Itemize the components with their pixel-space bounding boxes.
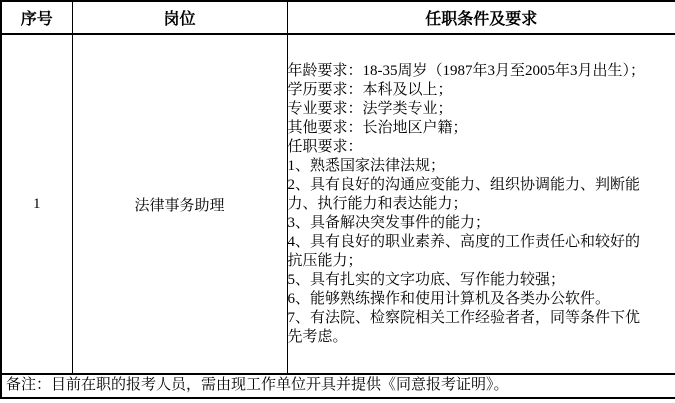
requirement-item: 1、熟悉国家法律法规； [288, 157, 650, 176]
requirement-item: 5、具有扎实的文字功底、写作能力较强； [288, 271, 650, 290]
note-row: 备注：目前在职的报考人员，需由现工作单位开具并提供《同意报考证明》。 [1, 374, 675, 398]
recruitment-table: 序号 岗位 任职条件及要求 1 法律事务助理 年龄要求：18-35周岁（1987… [0, 0, 675, 399]
row-requirements-cell: 年龄要求：18-35周岁（1987年3月至2005年3月出生）；学历要求：本科及… [287, 34, 675, 374]
row-position-cell: 法律事务助理 [72, 34, 287, 374]
requirement-item: 3、具备解决突发事件的能力； [288, 214, 650, 233]
requirement-item: 年龄要求：18-35周岁（1987年3月至2005年3月出生）； [288, 62, 650, 81]
requirement-item: 4、具有良好的职业素养、高度的工作责任心和较好的抗压能力； [288, 233, 650, 271]
requirement-item: 学历要求：本科及以上； [288, 81, 650, 100]
column-header-requirements: 任职条件及要求 [287, 1, 675, 34]
table-row: 1 法律事务助理 年龄要求：18-35周岁（1987年3月至2005年3月出生）… [1, 34, 675, 374]
requirements-list: 年龄要求：18-35周岁（1987年3月至2005年3月出生）；学历要求：本科及… [288, 62, 650, 347]
requirement-item: 2、具有良好的沟通应变能力、组织协调能力、判断能力、执行能力和表达能力； [288, 176, 650, 214]
note-cell: 备注：目前在职的报考人员，需由现工作单位开具并提供《同意报考证明》。 [1, 374, 675, 398]
requirement-item: 7、有法院、检察院相关工作经验者者，同等条件下优先考虑。 [288, 309, 650, 347]
requirement-item: 其他要求：长治地区户籍； [288, 119, 650, 138]
column-header-position: 岗位 [72, 1, 287, 34]
row-index-cell: 1 [1, 34, 72, 374]
requirement-item: 专业要求：法学类专业； [288, 100, 650, 119]
requirement-item: 任职要求： [288, 138, 650, 157]
column-header-index: 序号 [1, 1, 72, 34]
requirement-item: 6、能够熟练操作和使用计算机及各类办公软件。 [288, 290, 650, 309]
table-header-row: 序号 岗位 任职条件及要求 [1, 1, 675, 34]
